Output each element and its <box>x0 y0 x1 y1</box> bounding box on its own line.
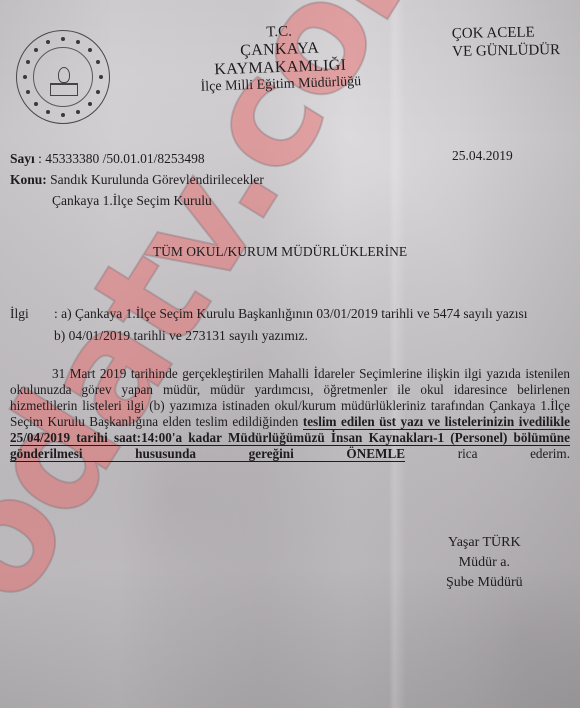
urgency-notice: ÇOK ACELE VE GÜNLÜDÜR <box>452 23 561 61</box>
document-meta: Sayı : 45333380 /50.01.01/8253498 Konu: … <box>10 148 264 211</box>
seal-star-icon <box>88 102 92 106</box>
seal-star-icon <box>34 102 38 106</box>
seal-star-icon <box>96 60 100 64</box>
body-closing: rica ederim. <box>458 446 570 461</box>
seal-star-icon <box>61 37 65 41</box>
document-date: 25.04.2019 <box>452 148 513 164</box>
reference-b: b) 04/01/2019 tarihli ve 273131 sayılı y… <box>10 325 528 347</box>
seal-star-icon <box>88 48 92 52</box>
signatory-title-2: Şube Müdürü <box>446 573 523 593</box>
seal-star-icon <box>26 90 30 94</box>
seal-star-icon <box>76 110 80 114</box>
references: İlgi : a) Çankaya 1.İlçe Seçim Kurulu Ba… <box>10 303 528 347</box>
seal-star-icon <box>46 40 50 44</box>
subject: Konu: Sandık Kurulunda Görevlendirilecek… <box>10 169 264 190</box>
references-label: İlgi <box>10 303 54 325</box>
signature-block: Yaşar TÜRK Müdür a. Şube Müdürü <box>446 533 523 593</box>
seal-star-icon <box>76 40 80 44</box>
seal-star-icon <box>61 113 65 117</box>
seal-star-icon <box>46 110 50 114</box>
document: T.C. ÇANKAYA KAYMAKAMLIĞI İlçe Milli Eği… <box>0 0 580 708</box>
seal-star-icon <box>23 75 27 79</box>
reference-number: Sayı : 45333380 /50.01.01/8253498 <box>10 148 264 169</box>
seal-icon <box>16 30 110 124</box>
signatory-title-1: Müdür a. <box>446 553 523 573</box>
torch-icon <box>58 67 70 83</box>
seal-star-icon <box>34 48 38 52</box>
letterhead: T.C. ÇANKAYA KAYMAKAMLIĞI İlçe Milli Eği… <box>179 21 381 97</box>
subject-line-2: Çankaya 1.İlçe Seçim Kurulu <box>10 190 264 211</box>
signatory-name: Yaşar TÜRK <box>446 533 523 553</box>
seal-star-icon <box>99 75 103 79</box>
seal-star-icon <box>96 90 100 94</box>
body-paragraph: 31 Mart 2019 tarihinde gerçekleştirilen … <box>10 366 570 462</box>
reference-a: : a) Çankaya 1.İlçe Seçim Kurulu Başkanl… <box>54 303 528 325</box>
book-icon <box>50 83 78 96</box>
addressee: TÜM OKUL/KURUM MÜDÜRLÜKLERİNE <box>0 244 560 260</box>
seal-star-icon <box>26 60 30 64</box>
